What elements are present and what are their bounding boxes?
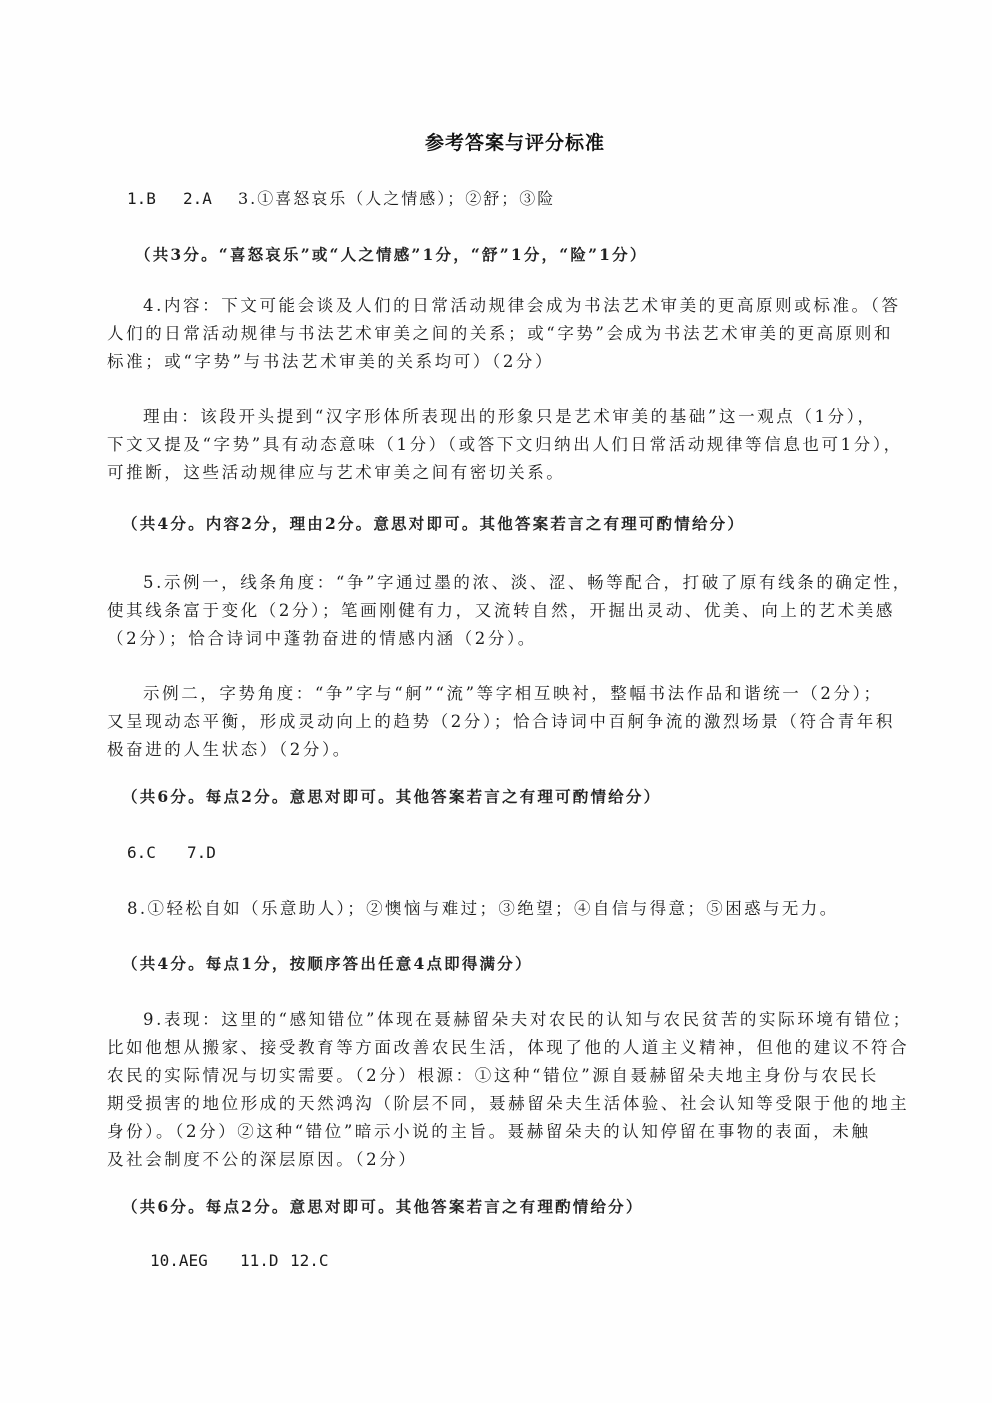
answers-q1-q3: 1.B2.A3.①喜怒哀乐（人之情感）；②舒；③险: [127, 189, 555, 209]
answer-q3: 3.①喜怒哀乐（人之情感）；②舒；③险: [238, 189, 555, 209]
q4-reason-line-2: 下文又提及“字势”具有动态意味（1分）（或答下文归纳出人们日常活动规律等信息也可…: [107, 435, 903, 455]
answer-q12: 12.C: [290, 1251, 329, 1271]
answer-q10: 10.AEG: [150, 1251, 240, 1271]
q5-example1-line-3: （2分）；恰合诗词中蓬勃奋进的情感内涵（2分）。: [107, 629, 537, 649]
q9-line-1: 9.表现：这里的“感知错位”体现在聂赫留朵夫对农民的认知与农民贫苦的实际环境有错…: [143, 1010, 912, 1030]
answer-q6: 6.C: [127, 843, 187, 863]
q9-line-6: 及社会制度不公的深层原因。（2分）: [107, 1150, 417, 1170]
q9-line-2: 比如他想从搬家、接受教育等方面改善农民生活，体现了他的人道主义精神，但他的建议不…: [107, 1038, 909, 1058]
scoring-note-q4: （共4分。内容2分，理由2分。意思对即可。其他答案若言之有理可酌情给分）: [122, 514, 745, 534]
answer-q1: 1.B: [127, 189, 183, 209]
answers-q6-q7: 6.C7.D: [127, 843, 216, 863]
q5-example2-line-1: 示例二，字势角度：“争”字与“舸”“流”等字相互映衬，整幅书法作品和谐统一（2分…: [143, 684, 883, 704]
answer-q11: 11.D: [240, 1251, 290, 1271]
q9-line-4: 期受损害的地位形成的天然鸿沟（阶层不同，聂赫留朵夫生活体验、社会认知等受限于他的…: [107, 1094, 909, 1114]
answer-q8: 8.①轻松自如（乐意助人）；②懊恼与难过；③绝望；④自信与得意；⑤困惑与无力。: [127, 899, 839, 919]
q5-example2-line-3: 极奋进的人生状态）（2分）。: [107, 740, 352, 760]
page-title: 参考答案与评分标准: [0, 128, 992, 155]
q5-example1-line-1: 5.示例一，线条角度：“争”字通过墨的浓、淡、涩、畅等配合，打破了原有线条的确定…: [143, 573, 912, 593]
scoring-note-q8: （共4分。每点1分，按顺序答出任意4点即得满分）: [122, 954, 533, 974]
q9-line-3: 农民的实际情况与切实需要。（2分）根源：①这种“错位”源自聂赫留朵夫地主身份与农…: [107, 1066, 879, 1086]
answers-q10-q12: 10.AEG11.D12.C: [150, 1251, 329, 1271]
q4-reason-line-3: 可推断，这些活动规律应与艺术审美之间有密切关系。: [107, 463, 565, 483]
q9-line-5: 身份）。（2分）②这种“错位”暗示小说的主旨。聂赫留朵夫的认知停留在事物的表面，…: [107, 1122, 871, 1142]
answer-q7: 7.D: [187, 843, 216, 863]
q4-content-line-1: 4.内容：下文可能会谈及人们的日常活动规律会成为书法艺术审美的更高原则或标准。（…: [143, 296, 901, 316]
q4-content-line-3: 标准；或“字势”与书法艺术审美的关系均可）（2分）: [107, 352, 554, 372]
q4-content-line-2: 人们的日常活动规律与书法艺术审美之间的关系；或“字势”会成为书法艺术审美的更高原…: [107, 324, 893, 344]
scoring-note-q5: （共6分。每点2分。意思对即可。其他答案若言之有理可酌情给分）: [122, 787, 661, 807]
q4-reason-line-1: 理由：该段开头提到“汉字形体所表现出的形象只是艺术审美的基础”这一观点（1分），: [143, 407, 877, 427]
answer-key-page: 参考答案与评分标准 1.B2.A3.①喜怒哀乐（人之情感）；②舒；③险 （共3分…: [0, 0, 992, 1403]
q5-example1-line-2: 使其线条富于变化（2分）；笔画刚健有力，又流转自然，开掘出灵动、优美、向上的艺术…: [107, 601, 895, 621]
q5-example2-line-2: 又呈现动态平衡，形成灵动向上的趋势（2分）；恰合诗词中百舸争流的激烈场景（符合青…: [107, 712, 895, 732]
scoring-note-q9: （共6分。每点2分。意思对即可。其他答案若言之有理酌情给分）: [122, 1197, 644, 1217]
answer-q2: 2.A: [183, 189, 238, 209]
scoring-note-q3: （共3分。“喜怒哀乐”或“人之情感”1分，“舒”1分，“险”1分）: [135, 245, 648, 265]
